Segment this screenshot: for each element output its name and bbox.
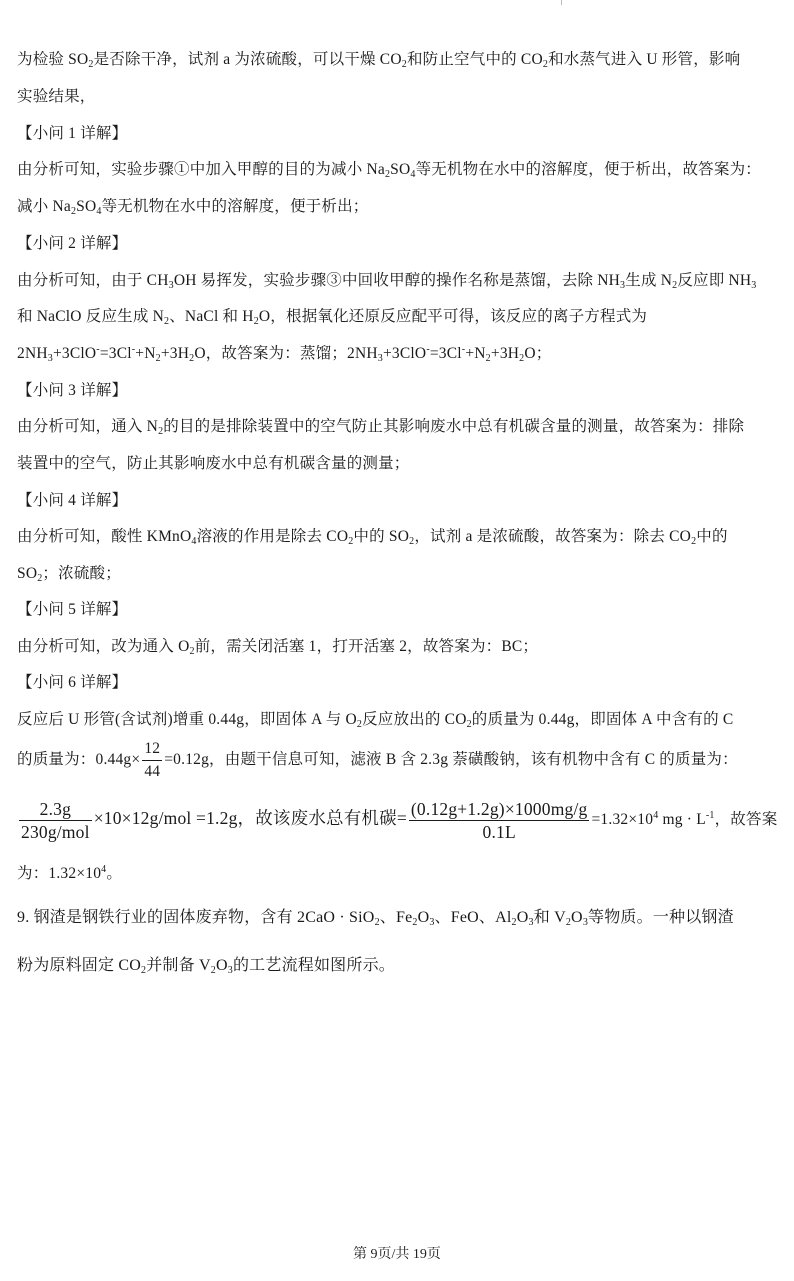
page-number: 第 9页/共 19页 bbox=[0, 1243, 794, 1263]
section-heading-q3: 【小问 3 详解】 bbox=[17, 381, 780, 401]
paragraph-line: 和 NaClO 反应生成 N2、NaCl 和 H2O，根据氧化还原反应配平可得，… bbox=[17, 307, 780, 327]
paragraph-line: 由分析可知，由于 CH3OH 易挥发，实验步骤③中回收甲醇的操作名称是蒸馏，去除… bbox=[17, 271, 780, 291]
scan-mark bbox=[561, 0, 562, 5]
section-heading-q1: 【小问 1 详解】 bbox=[17, 124, 780, 144]
paragraph-line: 装置中的空气，防止其影响废水中总有机碳含量的测量； bbox=[17, 454, 780, 474]
paragraph-line: 由分析可知，通入 N2的目的是排除装置中的空气防止其影响废水中总有机碳含量的测量… bbox=[17, 417, 780, 437]
paragraph-line: 由分析可知，实验步骤①中加入甲醇的目的为减小 Na2SO4等无机物在水中的溶解度… bbox=[17, 160, 780, 180]
paragraph-line: 由分析可知，改为通入 O2前，需关闭活塞 1，打开活塞 2，故答案为：BC； bbox=[17, 637, 780, 657]
paragraph-line: 反应后 U 形管(含试剂)增重 0.44g，即固体 A 与 O2反应放出的 CO… bbox=[17, 710, 780, 730]
equation-line: 的质量为：0.44g×1244=0.12g，由题干信息可知，滤液 B 含 2.3… bbox=[17, 738, 780, 783]
paragraph-line: 为检验 SO2是否除干净，试剂 a 为浓硫酸，可以干燥 CO2和防止空气中的 C… bbox=[17, 50, 780, 70]
section-heading-q4: 【小问 4 详解】 bbox=[17, 491, 780, 511]
paragraph-line: 减小 Na2SO4等无机物在水中的溶解度，便于析出； bbox=[17, 197, 780, 217]
fraction: 1244 bbox=[142, 738, 162, 783]
question-9-line: 粉为原料固定 CO2并制备 V2O3的工艺流程如图所示。 bbox=[17, 956, 780, 976]
paragraph-line: 由分析可知，酸性 KMnO4溶液的作用是除去 CO2中的 SO2，试剂 a 是浓… bbox=[17, 527, 780, 547]
paragraph-line: 实验结果， bbox=[17, 87, 780, 107]
paragraph-line: 为：1.32×104。 bbox=[17, 864, 780, 884]
question-9-line: 9. 钢渣是钢铁行业的固体废弃物，含有 2CaO · SiO2、Fe2O3、Fe… bbox=[17, 908, 780, 928]
section-heading-q2: 【小问 2 详解】 bbox=[17, 234, 780, 254]
fraction: (0.12g+1.2g)×1000mg/g0.1L bbox=[409, 798, 590, 843]
paragraph-line: SO2；浓硫酸； bbox=[17, 564, 780, 584]
section-heading-q6: 【小问 6 详解】 bbox=[17, 673, 780, 693]
equation-line: 2.3g230g/mol×10×12g/mol =1.2g，故该废水总有机碳=(… bbox=[17, 798, 780, 843]
equation-line: 2NH3+3ClO-=3Cl-+N2+3H2O，故答案为：蒸馏；2NH3+3Cl… bbox=[17, 344, 780, 364]
fraction: 2.3g230g/mol bbox=[19, 798, 92, 843]
section-heading-q5: 【小问 5 详解】 bbox=[17, 600, 780, 620]
